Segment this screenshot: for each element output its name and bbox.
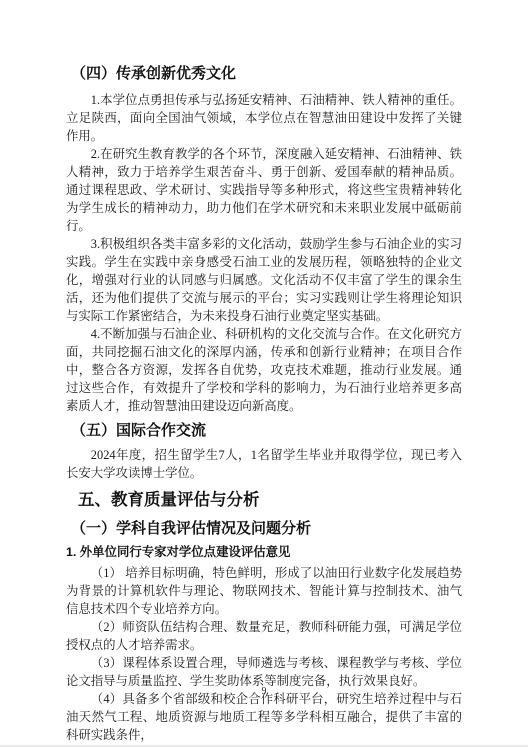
evaluation-point-3: （3）课程体系设置合理，导师遴选与考核、课程教学与考核、学位论文指导与质量监控、… (66, 654, 462, 690)
evaluation-point-1: （1） 培养目标明确，特色鲜明，形成了以油田行业数字化发展趋势为背景的计算机软件… (66, 564, 462, 618)
section-heading-inherit-culture: （四）传承创新优秀文化 (71, 63, 462, 84)
evaluation-point-2: （2）师资队伍结构合理、数量充足，教师科研能力强，可满足学位授权点的人才培养需求… (66, 618, 462, 654)
page-number: 9 (0, 686, 528, 698)
evaluation-point-4: （4）具备多个省部级和校企合作科研平台，研究生培养过程中与石油天然气工程、地质资… (66, 690, 462, 744)
document-page: （四）传承创新优秀文化 1.本学位点勇担传承与弘扬延安精神、石油精神、铁人精神的… (0, 0, 528, 747)
chapter-heading-education-quality: 五、教育质量评估与分析 (78, 489, 462, 511)
item-heading-peer-expert-opinions: 1. 外单位同行专家对学位点建设评估意见 (66, 544, 462, 561)
paragraph-4: 4.不断加强与石油企业、科研机构的文化交流与合作。在文化研究方面，共同挖掘石油文… (66, 325, 462, 415)
paragraph-2: 2.在研究生教育教学的各个环节，深度融入延安精神、石油精神、铁人精神，致力于培养… (66, 145, 462, 235)
subsection-heading-self-evaluation: （一）学科自我评估情况及问题分析 (71, 518, 462, 539)
section-heading-international-cooperation: （五）国际合作交流 (71, 420, 462, 441)
paragraph-1: 1.本学位点勇担传承与弘扬延安精神、石油精神、铁人精神的重任。立足陕西，面向全国… (66, 91, 462, 145)
paragraph-international: 2024年度，招生留学生7人，1名留学生毕业并取得学位，现已考入长安大学攻读博士… (66, 446, 462, 482)
paragraph-3: 3.积极组织各类丰富多彩的文化活动，鼓励学生参与石油企业的实习实践。学生在实践中… (66, 235, 462, 325)
